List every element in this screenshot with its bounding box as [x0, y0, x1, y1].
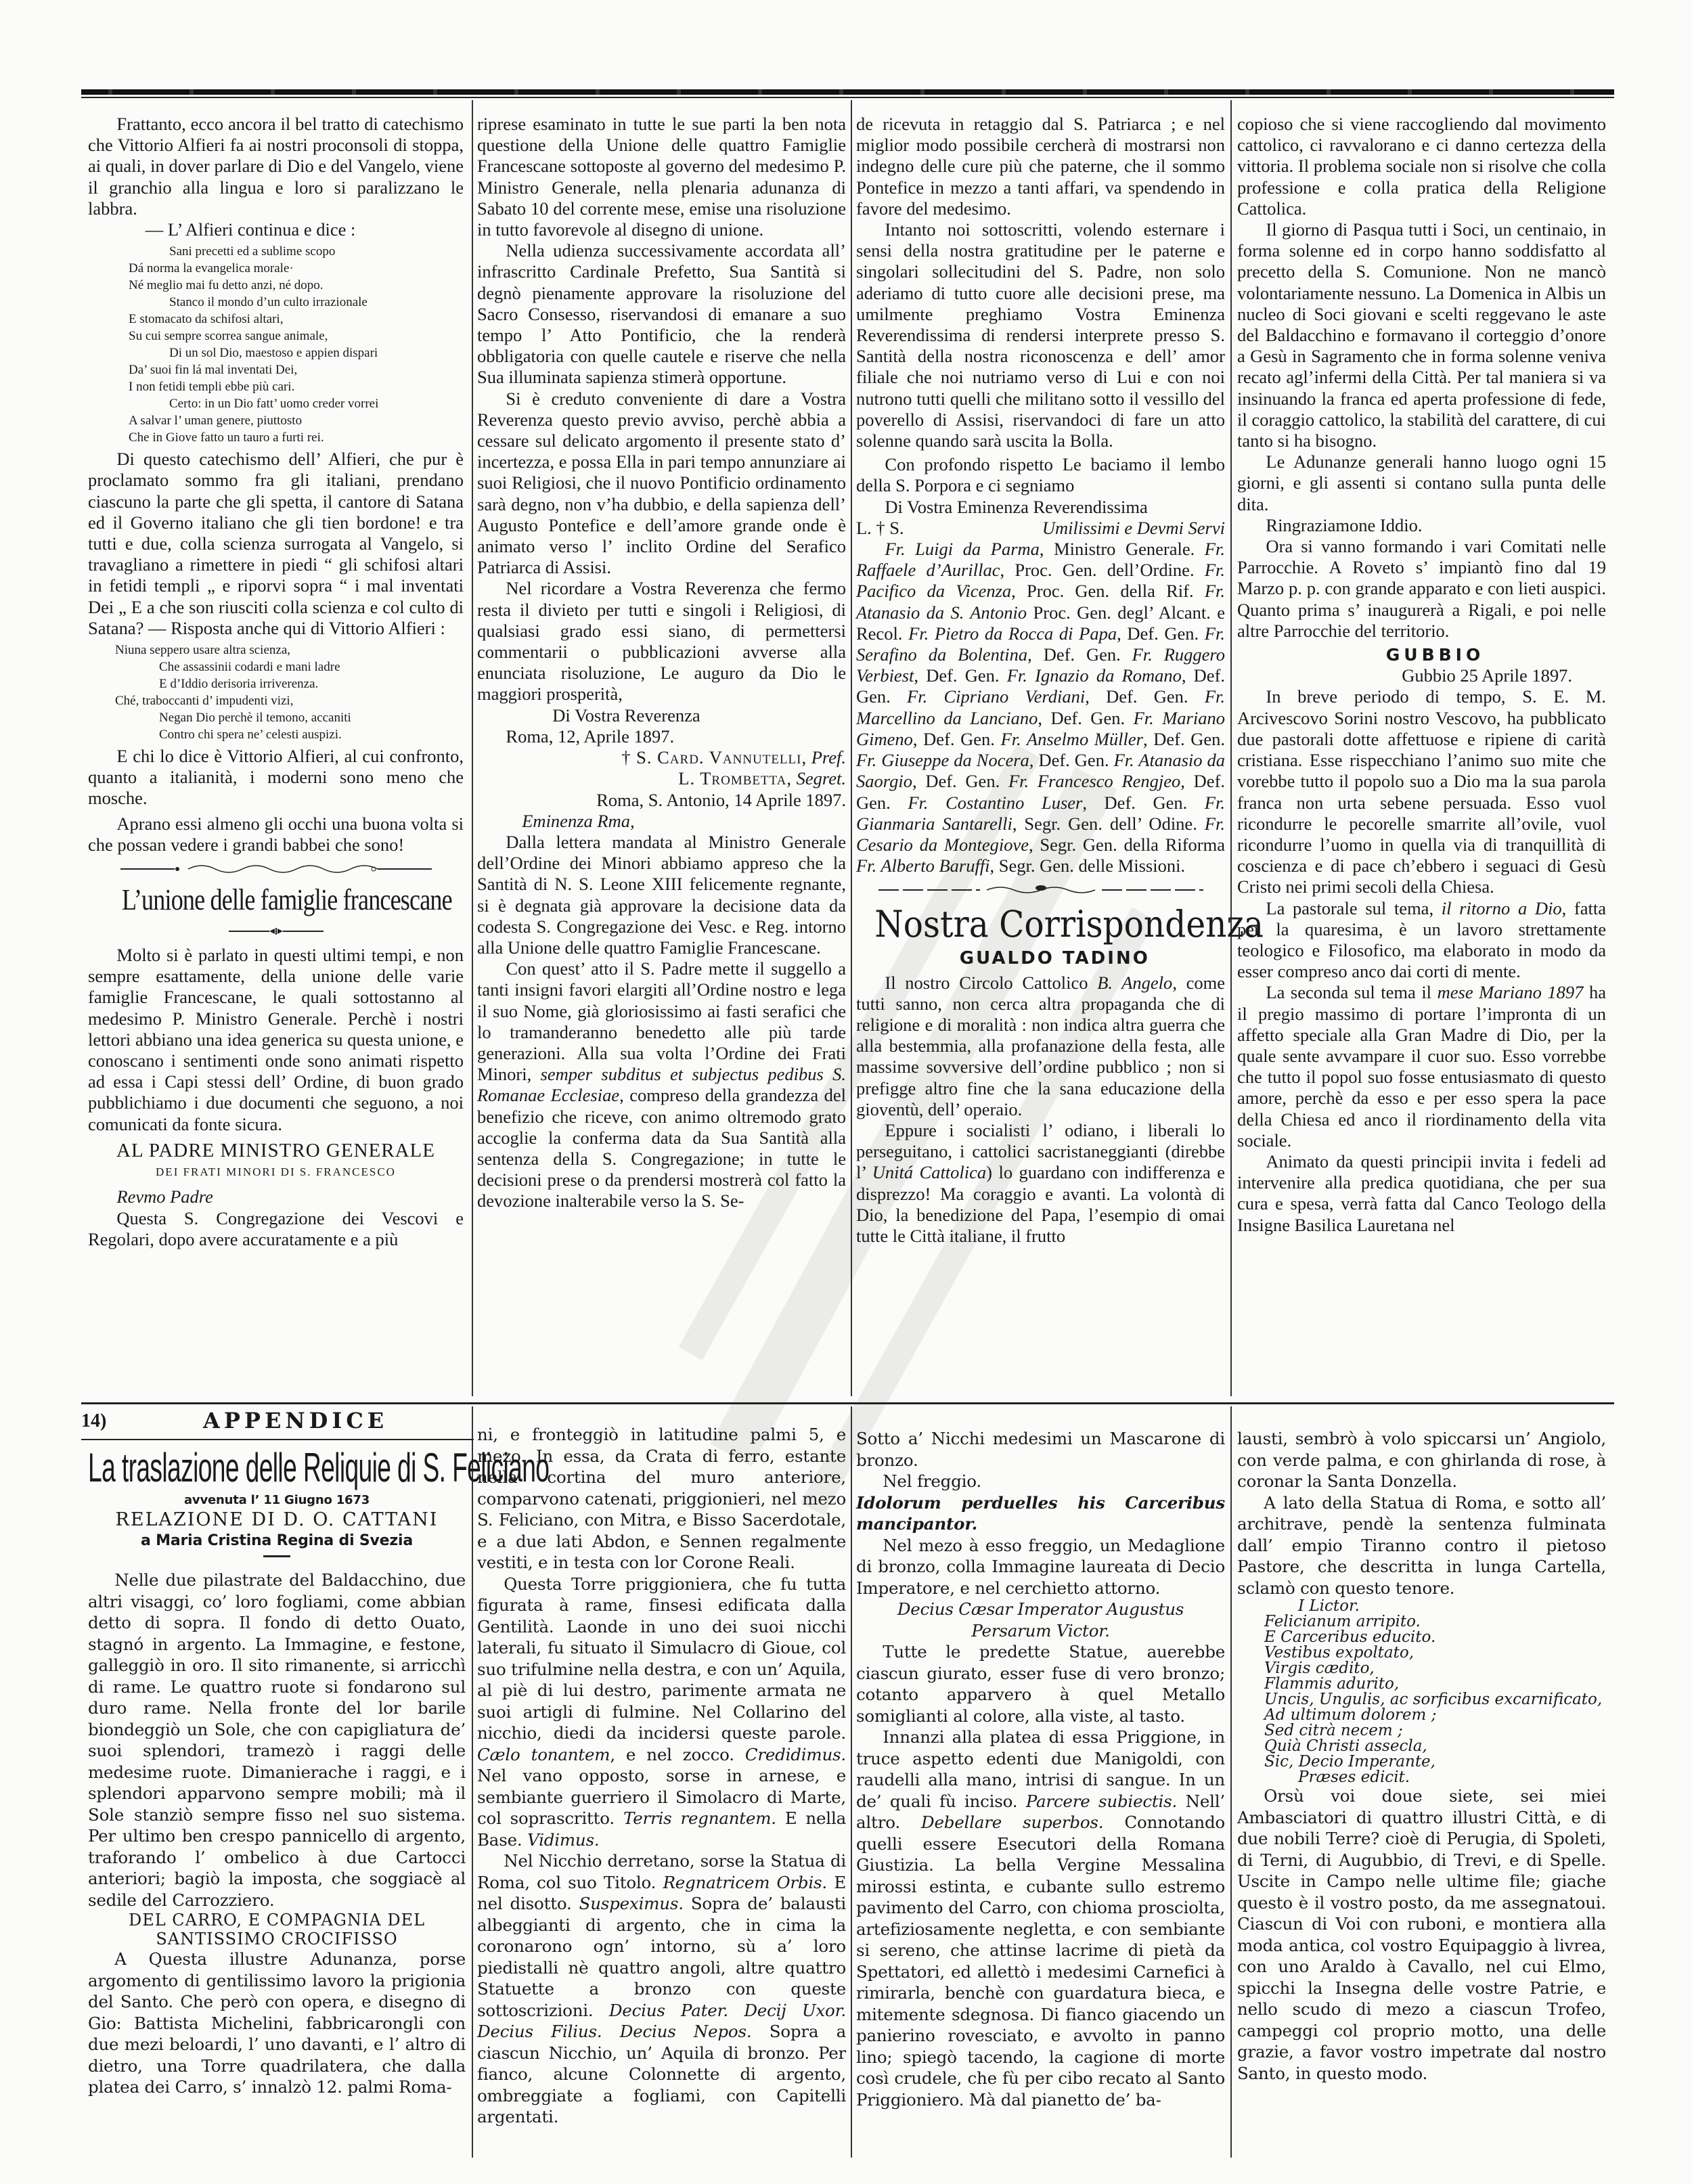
- verse-line: Che in Giove fatto un tauro a furti rei.: [88, 429, 464, 446]
- verse-line: Contro chi spera ne’ celesti auspizi.: [88, 726, 464, 743]
- verse-alfieri-2: Niuna seppero usare altra scienza, Che a…: [88, 642, 464, 743]
- appendix-number: 14): [81, 1410, 106, 1432]
- verse-line: A salvar l’ uman genere, piuttosto: [88, 412, 464, 429]
- paragraph: Nella udienza successivamente accordata …: [477, 240, 846, 388]
- dateline: Gubbio 25 Aprile 1897.: [1237, 665, 1606, 686]
- paragraph: Nelle due pilastrate del Baldacchino, du…: [88, 1569, 466, 1911]
- place-heading-gubbio: GUBBIO: [1237, 644, 1606, 665]
- verse-line: Su cui sempre scorrea sangue animale,: [88, 328, 464, 344]
- paragraph: Orsù voi doue siete, sei miei Ambasciato…: [1237, 1785, 1606, 2084]
- paragraph: In breve periodo di tempo, S. E. M. Arci…: [1237, 686, 1606, 897]
- appendix-column-1: La traslazione delle Reliquie di S. Feli…: [88, 1444, 466, 2098]
- verse-line: Negan Dio perchè il temono, accaniti: [88, 709, 464, 726]
- latin-inscription: Idolorum perduelles his Carceribus manci…: [856, 1492, 1225, 1535]
- appendix-column-2: ni, e fronteggiò in latitudine palmi 5, …: [477, 1424, 846, 2128]
- letter-address: AL PADRE MINISTRO GENERALE: [88, 1140, 464, 1161]
- verse-line: I non fetidi templi ebbe più cari.: [88, 378, 464, 395]
- paragraph: Eppure i socialisti l’ odiano, i liberal…: [856, 1120, 1225, 1247]
- column-divider: [472, 100, 473, 1396]
- paragraph: Dalla lettera mandata al Ministro Genera…: [477, 832, 846, 958]
- edict-line: Virgis cædito,: [1264, 1661, 1606, 1676]
- appendix-subtitle-regina: a Maria Cristina Regina di Svezia: [88, 1531, 466, 1551]
- letter-address-sub: DEI FRATI MINORI DI S. FRANCESCO: [88, 1161, 464, 1182]
- edict-line: Uncis, Ungulis, ac sorficibus excarnific…: [1264, 1692, 1606, 1708]
- appendix-subtitle-relazione: RELAZIONE DI D. O. CATTANI: [88, 1509, 466, 1531]
- verse-line: Da’ suoi fin lá mal inventati Dei,: [88, 361, 464, 378]
- paragraph: Molto si è parlato in questi ultimi temp…: [88, 945, 464, 1135]
- appendix-column-4: lausti, sembrò à volo spiccarsi un’ Angi…: [1237, 1428, 1606, 2084]
- paragraph: Sotto a’ Nicchi medesimi un Mascarone di…: [856, 1428, 1225, 1471]
- signature-vannutelli: † S. Card. Vannutelli, Pref.: [477, 747, 846, 768]
- paragraph: La seconda sul tema il mese Mariano 1897…: [1237, 982, 1606, 1151]
- paragraph: Ringraziamone Iddio.: [1237, 515, 1606, 536]
- edict-line: Flammis adurito,: [1264, 1676, 1606, 1692]
- place-heading-gualdo: GUALDO TADINO: [856, 948, 1225, 969]
- column-divider: [851, 100, 852, 1396]
- ornamental-divider-icon: [229, 923, 324, 939]
- paragraph: Questa S. Congregazione dei Vescovi e Re…: [88, 1208, 464, 1250]
- latin-inscription: Decius Cæsar Imperator Augustus: [856, 1599, 1225, 1620]
- top-rule-thin: [81, 97, 1614, 98]
- appendix-rule-top: [81, 1402, 1614, 1404]
- letter-salutation: Revmo Padre: [88, 1186, 464, 1207]
- verse-line: E stomacato da schifosi altari,: [88, 311, 464, 328]
- paragraph: A Questa illustre Adunanza, porse argome…: [88, 1948, 466, 2098]
- paragraph: Il giorno di Pasqua tutti i Soci, un cen…: [1237, 219, 1606, 451]
- column-divider: [851, 1406, 852, 2158]
- verse-line: E d’Iddio derisoria irriverenza.: [88, 675, 464, 692]
- verse-line: Niuna seppero usare altra scienza,: [88, 642, 464, 659]
- ornamental-divider-icon: [878, 882, 1203, 898]
- short-rule: [263, 1555, 290, 1557]
- verse-alfieri-1: Sani precetti ed a sublime scopo Dá norm…: [88, 243, 464, 446]
- latin-inscription: Persarum Victor.: [856, 1620, 1225, 1642]
- appendix-column-3: Sotto a’ Nicchi medesimi un Mascarone di…: [856, 1428, 1225, 2110]
- verse-line: Stanco il mondo d’un culto irrazionale: [88, 294, 464, 311]
- paragraph: Frattanto, ecco ancora il bel tratto di …: [88, 114, 464, 219]
- letter-closing: Di Vostra Reverenza: [477, 705, 846, 726]
- paragraph: copioso che si viene raccogliendo dal mo…: [1237, 114, 1606, 219]
- paragraph: Nel freggio.: [856, 1471, 1225, 1492]
- letter-date: Roma, 12, Aprile 1897.: [477, 726, 846, 747]
- appendix-label: APPENDICE: [203, 1408, 388, 1433]
- paragraph: Si è creduto conveniente di dare a Vostr…: [477, 388, 846, 579]
- verse-line: Certo: in un Dio fatt’ uomo creder vorre…: [88, 395, 464, 412]
- paragraph: Aprano essi almeno gli occhi una buona v…: [88, 814, 464, 855]
- letter-salutation: Eminenza Rma,: [477, 811, 846, 832]
- paragraph: Il nostro Circolo Cattolico B. Angelo, c…: [856, 973, 1225, 1120]
- edict-line: Sed citrà necem ;: [1264, 1723, 1606, 1739]
- paragraph: Innanzi alla platea di essa Priggione, i…: [856, 1726, 1225, 2110]
- letter-closing: Di Vostra Eminenza Reverendissima: [856, 497, 1225, 518]
- signature-trombetta: L. Trombetta, Segret.: [477, 768, 846, 789]
- paragraph: Intanto noi sottoscritti, volendo estern…: [856, 219, 1225, 451]
- paragraph: Animato da questi principii invita i fed…: [1237, 1151, 1606, 1236]
- signatories-list: Fr. Luigi da Parma, Ministro Generale. F…: [856, 539, 1225, 876]
- paragraph: Con quest’ atto il S. Padre mette il sug…: [477, 958, 846, 1211]
- top-rule: [81, 89, 1614, 95]
- column-divider: [1230, 1406, 1232, 2158]
- section-title-unione: L’unione delle famiglie francescane: [122, 883, 430, 918]
- paragraph: A lato della Statua di Roma, e sotto all…: [1237, 1492, 1606, 1599]
- paragraph: La pastorale sul tema, il ritorno a Dio,…: [1237, 898, 1606, 983]
- appendix-title: La traslazione delle Reliquie di S. Feli…: [88, 1444, 466, 1492]
- column-2: riprese esaminato in tutte le sue parti …: [477, 114, 846, 1212]
- edict-line: E Carceribus educito.: [1264, 1630, 1606, 1645]
- section-title-corrispondenza: Nostra Corrispondenza: [874, 904, 1207, 945]
- paragraph: lausti, sembrò à volo spiccarsi un’ Angi…: [1237, 1428, 1606, 1492]
- ornamental-divider-icon: [120, 861, 432, 877]
- edict-line: Ad ultimum dolorem ;: [1264, 1708, 1606, 1723]
- column-3: de ricevuta in retaggio dal S. Patriarca…: [856, 114, 1225, 1247]
- paragraph: E chi lo dice è Vittorio Alfieri, al cui…: [88, 746, 464, 809]
- column-divider: [1230, 100, 1232, 1396]
- paragraph: Ora si vanno formando i vari Comitati ne…: [1237, 536, 1606, 642]
- appendix-rule: [81, 1439, 474, 1440]
- column-4: copioso che si viene raccogliendo dal mo…: [1237, 114, 1606, 1236]
- column-1: Frattanto, ecco ancora il bel tratto di …: [88, 114, 464, 1250]
- paragraph: Di questo catechismo dell’ Alfieri, che …: [88, 449, 464, 639]
- paragraph: Questa Torre priggioniera, che fu tutta …: [477, 1574, 846, 1851]
- paragraph: de ricevuta in retaggio dal S. Patriarca…: [856, 114, 1225, 219]
- column-divider: [472, 1406, 473, 2158]
- paragraph: riprese esaminato in tutte le sue parti …: [477, 114, 846, 240]
- edict-line: I Lictor.: [1264, 1599, 1606, 1614]
- verse-line: Che assassinii codardi e mani ladre: [88, 659, 464, 675]
- paragraph: Le Adunanze generali hanno luogo ogni 15…: [1237, 451, 1606, 515]
- paragraph: Nel Nicchio derretano, sorse la Statua d…: [477, 1850, 846, 2128]
- edict-line: Præses edicit.: [1264, 1770, 1606, 1785]
- verse-line: Né meglio mai fu detto anzi, né dopo.: [88, 277, 464, 294]
- paragraph: Nel mezo à esso freggio, un Medaglione d…: [856, 1535, 1225, 1599]
- edict-line: Felicianum arripito.: [1264, 1614, 1606, 1630]
- appendix-subtitle-date: avvenuta l’ 11 Giugno 1673: [88, 1492, 466, 1509]
- edict-line: Quià Christi assecla,: [1264, 1739, 1606, 1754]
- paragraph: Con profondo rispetto Le baciamo il lemb…: [856, 454, 1225, 496]
- paragraph: — L’ Alfieri continua e dice :: [88, 219, 464, 240]
- verse-line: Dá norma la evangelica morale·: [88, 260, 464, 277]
- verse-line: Di un sol Dio, maestoso e appien dispari: [88, 344, 464, 361]
- edict-line: Sic, Decio Imperante,: [1264, 1754, 1606, 1770]
- signature-seal-line: L. † S.Umilissimi e Devmi Servi: [856, 518, 1225, 539]
- letter-date: Roma, S. Antonio, 14 Aprile 1897.: [477, 790, 846, 811]
- verse-line: Sani precetti ed a sublime scopo: [88, 243, 464, 260]
- edict-line: Vestibus expoltato,: [1264, 1645, 1606, 1661]
- latin-edict: I Lictor. Felicianum arripito. E Carceri…: [1237, 1599, 1606, 1785]
- paragraph: Tutte le predette Statue, auerebbe ciasc…: [856, 1641, 1225, 1726]
- newspaper-page: Frattanto, ecco ancora il bel tratto di …: [0, 0, 1692, 2184]
- paragraph: Nel ricordare a Vostra Reverenza che fer…: [477, 578, 846, 705]
- verse-line: Ché, traboccanti d’ impudenti vizi,: [88, 692, 464, 709]
- paragraph: ni, e fronteggiò in latitudine palmi 5, …: [477, 1424, 846, 1574]
- appendix-heading-carro: DEL CARRO, E COMPAGNIA DEL SANTISSIMO CR…: [88, 1911, 466, 1948]
